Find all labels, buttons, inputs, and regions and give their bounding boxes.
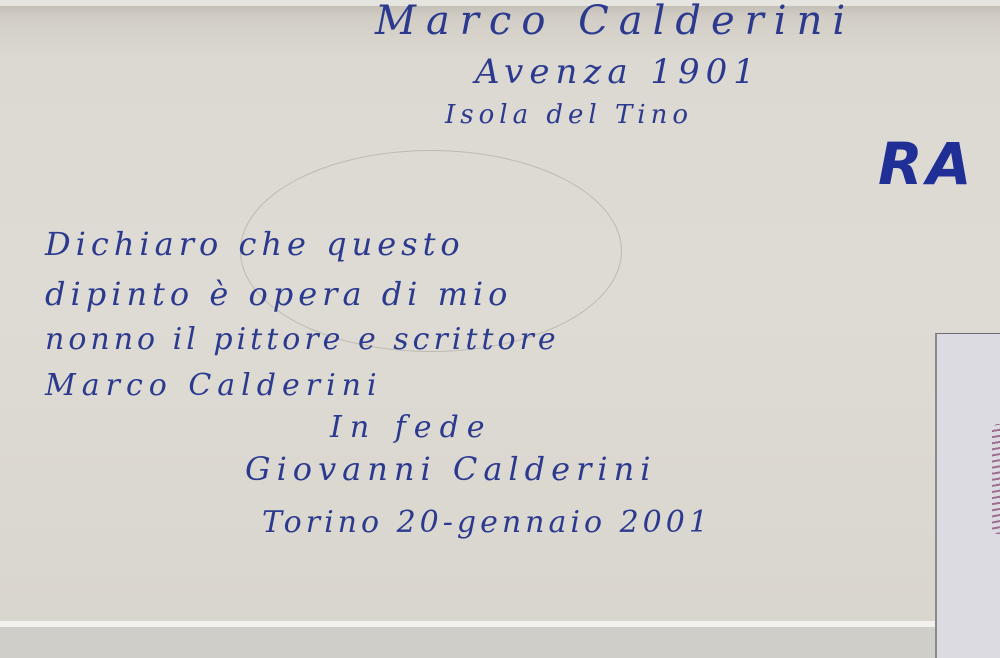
corner-mark: RA: [878, 130, 976, 198]
declaration-line: dipinto è opera di mio: [45, 275, 512, 313]
header-artist: Marco Calderini: [375, 0, 855, 44]
header-place-date: Avenza 1901: [475, 52, 761, 92]
inset-card: [935, 333, 1000, 658]
declaration-place-date: Torino 20-gennaio 2001: [262, 505, 712, 540]
declaration-line: Marco Calderini: [45, 368, 383, 403]
declaration-line: Dichiaro che questo: [45, 225, 465, 263]
declaration-closing: In fede: [330, 410, 493, 445]
declaration-line: nonno il pittore e scrittore: [45, 322, 560, 357]
mat-board: [0, 627, 935, 658]
header-note: Isola del Tino: [445, 100, 693, 130]
sketch-fragment: [992, 424, 1000, 534]
signature: Giovanni Calderini: [245, 450, 656, 488]
